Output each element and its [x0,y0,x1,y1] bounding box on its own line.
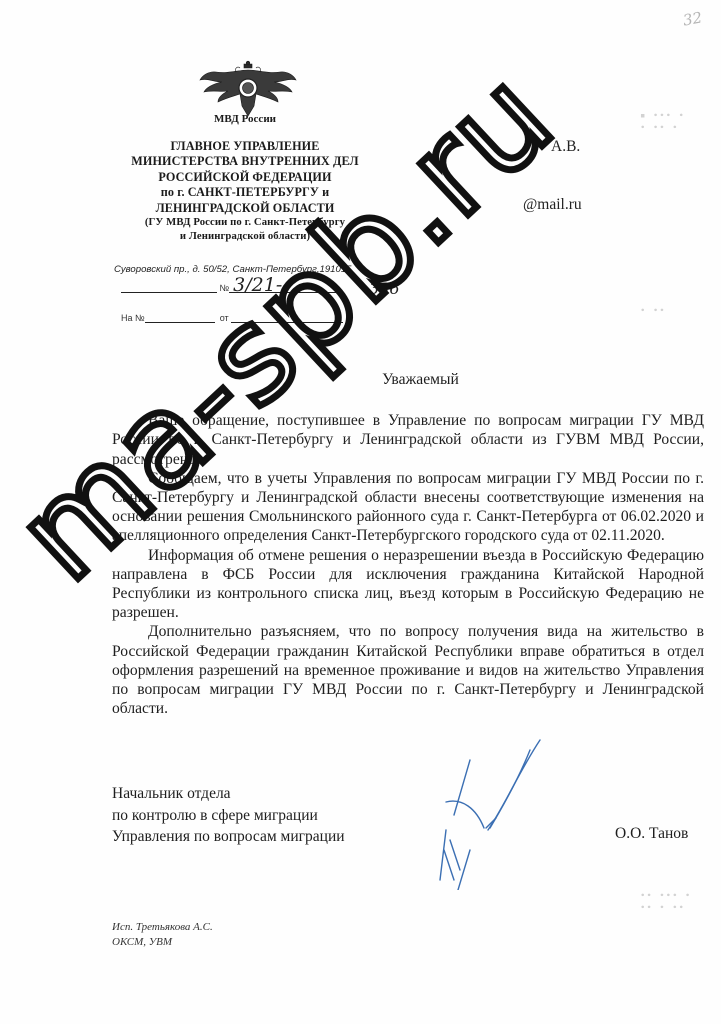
reg-number-label: № [220,283,230,293]
faint-stamp-mark: ∙ ∙∙ [640,305,666,317]
org-name-line: МИНИСТЕРСТВА ВНУТРЕННИХ ДЕЛ [100,154,390,169]
faint-stamp-mark: ∙∙ ∙∙∙ ∙∙∙ ∙ ∙∙ [640,890,691,914]
org-abbr-line: (ГУ МВД России по г. Санкт-Петербургу [100,216,390,230]
executor-name: Исп. Третьякова А.С. [112,920,213,935]
signature-icon [410,730,580,890]
executor-department: ОКСМ, УВМ [112,935,213,950]
position-line: Начальник отдела [112,783,345,805]
recipient-initials: А.В. [551,138,580,156]
body-paragraph: Дополнительно разъясняем, что по вопросу… [112,622,704,718]
body-paragraph: Сообщаем, что в учеты Управления по вопр… [112,469,704,546]
organization-header: МВД России ГЛАВНОЕ УПРАВЛЕНИЕ МИНИСТЕРСТ… [100,113,390,243]
registration-number-row: №3/21- 336 [121,283,337,293]
org-name-line: ГЛАВНОЕ УПРАВЛЕНИЕ [100,139,390,154]
reference-row: На № от [121,313,343,323]
ref-number-label: На № [121,313,145,323]
position-line: по контролю в сфере миграции [112,805,345,827]
recipient-email: @mail.ru [523,196,582,214]
eagle-emblem-icon [198,60,298,118]
org-name-line: РОССИЙСКОЙ ФЕДЕРАЦИИ [100,170,390,185]
signer-name: О.О. Танов [615,825,688,843]
letter-body: Уважаемый Ваше обращение, поступившее в … [112,370,704,718]
salutation: Уважаемый [137,370,704,389]
position-line: Управления по вопросам миграции [112,826,345,848]
letter-page: 32 ▪ ∙∙∙ ∙∙ ∙∙ ∙ ∙ ∙∙ ∙∙ ∙∙∙ ∙∙∙ ∙ ∙∙ МВ… [0,0,721,1024]
executor-info: Исп. Третьякова А.С. ОКСМ, УВМ [112,920,213,950]
body-paragraph: Информация об отмене решения о неразреше… [112,546,704,623]
org-name-line: ЛЕНИНГРАДСКОЙ ОБЛАСТИ [100,201,390,216]
reg-number-line: 3/21- [229,292,337,293]
reg-date-line [121,292,217,293]
org-abbr-line: и Ленинградской области) [100,230,390,244]
ref-date-line [231,322,343,323]
ref-date-label: от [220,313,229,323]
signature-position: Начальник отдела по контролю в сфере миг… [112,783,345,848]
org-name-line: по г. САНКТ-ПЕТЕРБУРГУ и [100,185,390,200]
body-paragraph: Ваше обращение, поступившее в Управление… [112,411,704,469]
reg-number-handwritten: 3/21- [233,274,282,296]
faint-stamp-mark: ▪ ∙∙∙ ∙∙ ∙∙ ∙ [640,110,685,134]
page-number: 32 [682,8,704,29]
reg-number-suffix: 336 [369,279,400,298]
ref-number-line [145,322,215,323]
org-short-name: МВД России [100,113,390,125]
